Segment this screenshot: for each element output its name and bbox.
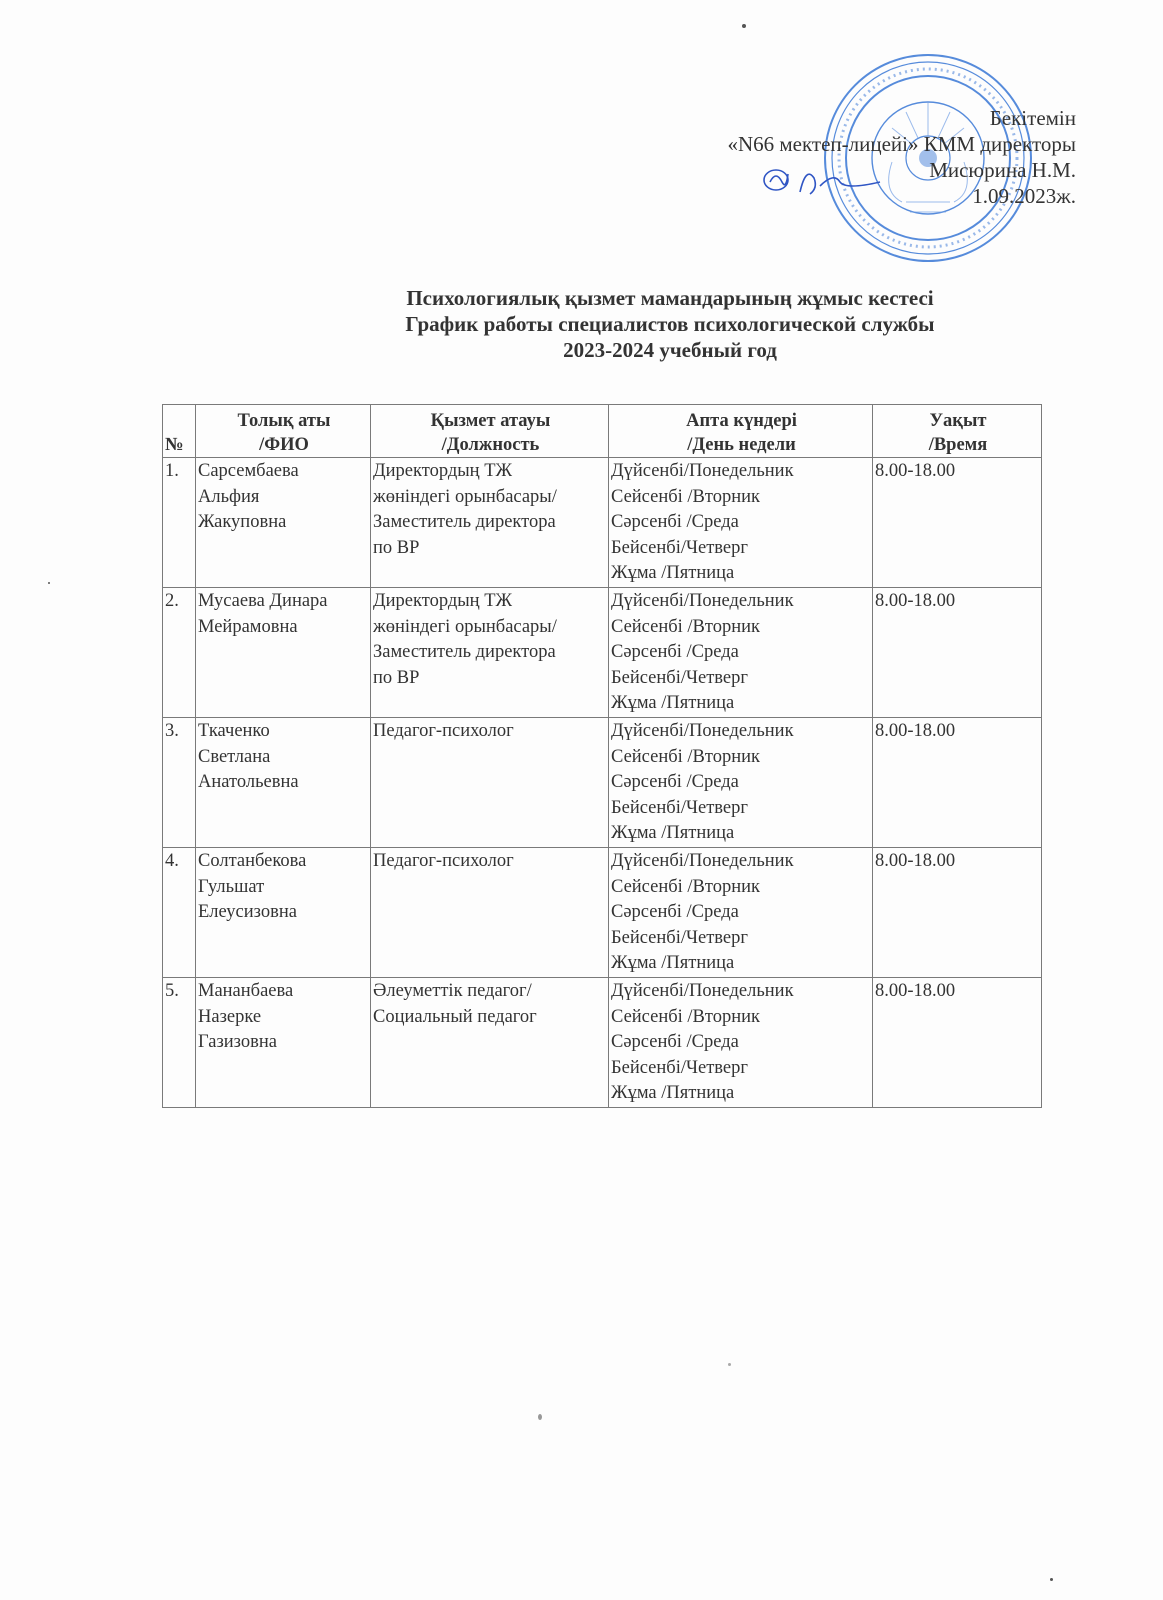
- approval-heading: Бекітемін: [727, 105, 1076, 131]
- employee-position: Педагог-психолог: [371, 718, 609, 848]
- header-name: Толық аты/ФИО: [196, 405, 371, 458]
- row-number: 4.: [163, 848, 196, 978]
- title-year: 2023-2024 учебный год: [270, 337, 1070, 363]
- work-days: Дүйсенбі/ПонедельникСейсенбі /ВторникСәр…: [609, 588, 873, 718]
- table-row: 5.МананбаеваНазеркеГазизовнаӘлеуметтік п…: [163, 978, 1042, 1108]
- employee-name: Мусаева ДинараМейрамовна: [196, 588, 371, 718]
- work-time: 8.00-18.00: [873, 848, 1042, 978]
- employee-name: МананбаеваНазеркеГазизовна: [196, 978, 371, 1108]
- header-number: №: [163, 405, 196, 458]
- work-days: Дүйсенбі/ПонедельникСейсенбі /ВторникСәр…: [609, 978, 873, 1108]
- work-time: 8.00-18.00: [873, 978, 1042, 1108]
- row-number: 3.: [163, 718, 196, 848]
- signature-icon: [760, 160, 890, 200]
- employee-position: Педагог-психолог: [371, 848, 609, 978]
- title-kazakh: Психологиялық қызмет мамандарының жұмыс …: [270, 285, 1070, 311]
- scan-speck: [1050, 1578, 1053, 1581]
- work-time: 8.00-18.00: [873, 718, 1042, 848]
- row-number: 2.: [163, 588, 196, 718]
- employee-position: Директордың ТЖжөніндегі орынбасары/Замес…: [371, 458, 609, 588]
- scan-speck: [742, 24, 746, 28]
- employee-name: СолтанбековаГульшатЕлеусизовна: [196, 848, 371, 978]
- document-title: Психологиялық қызмет мамандарының жұмыс …: [270, 285, 1070, 363]
- schedule-table: № Толық аты/ФИО Қызмет атауы/Должность А…: [162, 404, 1042, 1108]
- table-row: 1.СарсембаеваАльфияЖакуповнаДиректордың …: [163, 458, 1042, 588]
- scan-speck: [538, 1414, 542, 1420]
- header-position: Қызмет атауы/Должность: [371, 405, 609, 458]
- header-time: Уақыт/Время: [873, 405, 1042, 458]
- employee-position: Әлеуметтік педагог/Социальный педагог: [371, 978, 609, 1108]
- table-row: 3.ТкаченкоСветланаАнатольевнаПедагог-пси…: [163, 718, 1042, 848]
- work-time: 8.00-18.00: [873, 458, 1042, 588]
- work-days: Дүйсенбі/ПонедельникСейсенбі /ВторникСәр…: [609, 458, 873, 588]
- work-days: Дүйсенбі/ПонедельникСейсенбі /ВторникСәр…: [609, 718, 873, 848]
- table-row: 2.Мусаева ДинараМейрамовнаДиректордың ТЖ…: [163, 588, 1042, 718]
- scan-speck: [48, 582, 50, 584]
- row-number: 5.: [163, 978, 196, 1108]
- approval-organization: «N66 мектеп-лицейі» КММ директоры: [727, 131, 1076, 157]
- scan-speck: [728, 1363, 731, 1366]
- table-row: 4.СолтанбековаГульшатЕлеусизовнаПедагог-…: [163, 848, 1042, 978]
- title-russian: График работы специалистов психологическ…: [270, 311, 1070, 337]
- work-time: 8.00-18.00: [873, 588, 1042, 718]
- employee-name: СарсембаеваАльфияЖакуповна: [196, 458, 371, 588]
- header-weekdays: Апта күндері/День недели: [609, 405, 873, 458]
- work-days: Дүйсенбі/ПонедельникСейсенбі /ВторникСәр…: [609, 848, 873, 978]
- table-header-row: № Толық аты/ФИО Қызмет атауы/Должность А…: [163, 405, 1042, 458]
- row-number: 1.: [163, 458, 196, 588]
- employee-name: ТкаченкоСветланаАнатольевна: [196, 718, 371, 848]
- employee-position: Директордың ТЖжөніндегі орынбасары/Замес…: [371, 588, 609, 718]
